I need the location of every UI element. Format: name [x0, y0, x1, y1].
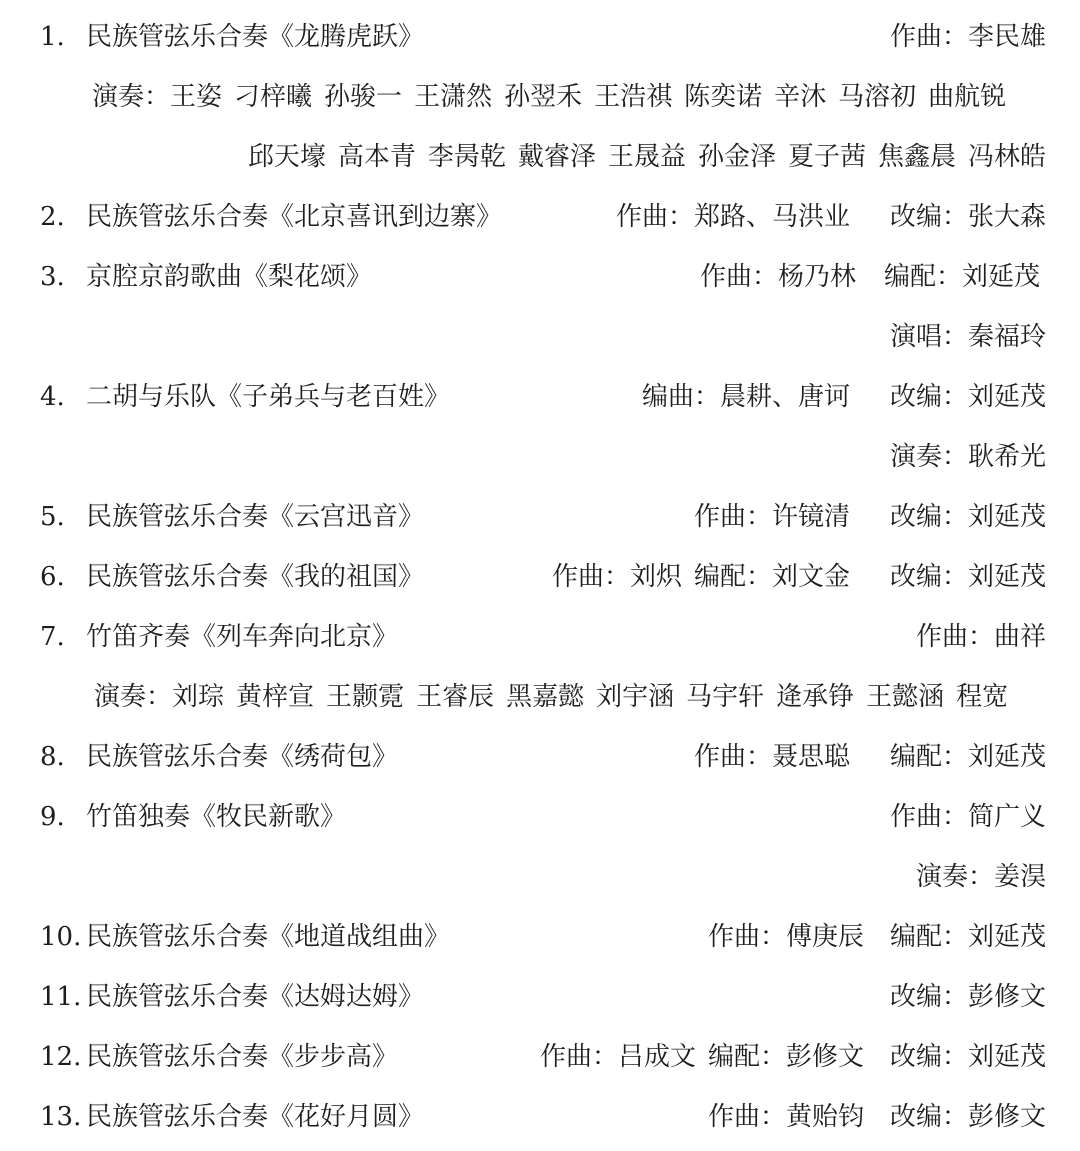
- item-number: 2.: [40, 197, 65, 237]
- item-number: 1.: [40, 17, 65, 57]
- performer: 刘宇涵: [596, 682, 674, 712]
- item-title: 民族管弦乐合奏《云宫迅音》: [86, 497, 424, 537]
- performers-label: 演奏：: [94, 682, 172, 712]
- credit-arranger: 编配：刘延茂: [890, 737, 1046, 777]
- performer: 孙翌禾: [504, 82, 582, 112]
- program-item-9-extra: 演奏：姜淏: [0, 857, 1080, 897]
- credit-performer: 演奏：姜淏: [916, 857, 1046, 897]
- item-number: 11.: [40, 977, 81, 1017]
- performer: 王晟益: [608, 142, 686, 172]
- item-credits: 作曲：李民雄: [890, 17, 1046, 57]
- item-number: 12.: [40, 1037, 81, 1077]
- performer: 刁梓曦: [234, 82, 312, 112]
- item-credits: 作曲：简广义: [890, 797, 1046, 837]
- performer: 王浩祺: [594, 82, 672, 112]
- performer: 逄承铮: [776, 682, 854, 712]
- credit-composer: 作曲：吕成文: [540, 1037, 696, 1077]
- item-credits: 改编：彭修文: [890, 977, 1046, 1017]
- credit-arranger: 编配：刘文金: [694, 557, 850, 597]
- performers-line: 演奏：刘琮黄梓宣王颢霓王睿辰黑嘉懿刘宇涵马宇轩逄承铮王懿涵程宽: [0, 677, 1080, 717]
- item-credits: 演奏：姜淏: [916, 857, 1046, 897]
- credit-composer: 作曲：杨乃林: [700, 257, 856, 297]
- performer: 冯林皓: [968, 142, 1046, 172]
- performers-list: 邱天壕高本青李昺乾戴睿泽王晟益孙金泽夏子茜焦鑫晨冯林皓: [248, 137, 1046, 177]
- item-number: 8.: [40, 737, 65, 777]
- credit-adapter: 改编：刘延茂: [890, 557, 1046, 597]
- performer: 邱天壕: [248, 142, 326, 172]
- item-number: 5.: [40, 497, 65, 537]
- performer: 王姿: [170, 82, 222, 112]
- item-number: 7.: [40, 617, 65, 657]
- credit-composer: 作曲：简广义: [890, 797, 1046, 837]
- item-title: 民族管弦乐合奏《花好月圆》: [86, 1097, 424, 1137]
- performers-list: 演奏：刘琮黄梓宣王颢霓王睿辰黑嘉懿刘宇涵马宇轩逄承铮王懿涵程宽: [94, 677, 1008, 717]
- credit-performer: 演奏：耿希光: [890, 437, 1046, 477]
- credit-arranger: 编配：刘延茂: [884, 257, 1040, 297]
- item-credits: 编曲：晨耕、唐诃改编：刘延茂: [642, 377, 1046, 417]
- performer: 王颢霓: [326, 682, 404, 712]
- credit-composer: 作曲：黄贻钧: [708, 1097, 864, 1137]
- program-item-8: 8. 民族管弦乐合奏《绣荷包》 作曲：聂思聪编配：刘延茂: [0, 737, 1080, 777]
- performers-label: 演奏：: [92, 82, 170, 112]
- item-credits: 作曲：郑路、马洪业改编：张大森: [616, 197, 1046, 237]
- program-item-2: 2. 民族管弦乐合奏《北京喜讯到边寨》 作曲：郑路、马洪业改编：张大森: [0, 197, 1080, 237]
- performer: 夏子茜: [788, 142, 866, 172]
- performer: 马溶初: [838, 82, 916, 112]
- item-number: 10.: [40, 917, 81, 957]
- credit-adapter: 改编：刘延茂: [890, 377, 1046, 417]
- credit-vocalist: 演唱：秦福玲: [890, 317, 1046, 357]
- performer: 焦鑫晨: [878, 142, 956, 172]
- item-credits: 演奏：耿希光: [890, 437, 1046, 477]
- performer: 孙金泽: [698, 142, 776, 172]
- credit-composer: 作曲：刘炽: [552, 557, 682, 597]
- item-credits: 作曲：刘炽编配：刘文金改编：刘延茂: [552, 557, 1046, 597]
- credit-composer: 作曲：曲祥: [916, 617, 1046, 657]
- item-number: 13.: [40, 1097, 81, 1137]
- program-item-10: 10. 民族管弦乐合奏《地道战组曲》 作曲：傅庚辰编配：刘延茂: [0, 917, 1080, 957]
- performers-list: 演奏：王姿刁梓曦孙骏一王潇然孙翌禾王浩祺陈奕诺辛沐马溶初曲航锐: [92, 77, 1006, 117]
- credit-arranger: 编配：刘延茂: [890, 917, 1046, 957]
- item-title: 二胡与乐队《子弟兵与老百姓》: [86, 377, 450, 417]
- performer: 刘琮: [172, 682, 224, 712]
- item-credits: 演唱：秦福玲: [890, 317, 1046, 357]
- performer: 程宽: [956, 682, 1008, 712]
- credit-composer: 作曲：聂思聪: [694, 737, 850, 777]
- item-number: 4.: [40, 377, 65, 417]
- item-credits: 作曲：许镜清改编：刘延茂: [694, 497, 1046, 537]
- performer: 王懿涵: [866, 682, 944, 712]
- program-item-6: 6. 民族管弦乐合奏《我的祖国》 作曲：刘炽编配：刘文金改编：刘延茂: [0, 557, 1080, 597]
- item-number: 3.: [40, 257, 65, 297]
- program-item-3-extra: 演唱：秦福玲: [0, 317, 1080, 357]
- program-item-3: 3. 京腔京韵歌曲《梨花颂》 作曲：杨乃林编配：刘延茂: [0, 257, 1080, 297]
- item-credits: 作曲：吕成文编配：彭修文改编：刘延茂: [540, 1037, 1046, 1077]
- item-number: 6.: [40, 557, 65, 597]
- performer: 戴睿泽: [518, 142, 596, 172]
- program-item-4: 4. 二胡与乐队《子弟兵与老百姓》 编曲：晨耕、唐诃改编：刘延茂: [0, 377, 1080, 417]
- credit-composer: 作曲：许镜清: [694, 497, 850, 537]
- program-item-13: 13. 民族管弦乐合奏《花好月圆》 作曲：黄贻钧改编：彭修文: [0, 1097, 1080, 1137]
- program-item-9: 9. 竹笛独奏《牧民新歌》 作曲：简广义: [0, 797, 1080, 837]
- program-item-1: 1. 民族管弦乐合奏《龙腾虎跃》 作曲：李民雄: [0, 17, 1080, 57]
- credit-adapter: 改编：彭修文: [890, 977, 1046, 1017]
- credit-adapter: 改编：张大森: [890, 197, 1046, 237]
- performer: 王睿辰: [416, 682, 494, 712]
- item-title: 民族管弦乐合奏《北京喜讯到边寨》: [86, 197, 502, 237]
- credit-adapter: 改编：彭修文: [890, 1097, 1046, 1137]
- performer: 王潇然: [414, 82, 492, 112]
- credit-composer: 作曲：傅庚辰: [708, 917, 864, 957]
- item-credits: 作曲：杨乃林编配：刘延茂: [700, 257, 1040, 297]
- performer: 李昺乾: [428, 142, 506, 172]
- credit-composer: 作曲：李民雄: [890, 17, 1046, 57]
- performers-line: 演奏：王姿刁梓曦孙骏一王潇然孙翌禾王浩祺陈奕诺辛沐马溶初曲航锐: [0, 77, 1080, 117]
- item-title: 民族管弦乐合奏《龙腾虎跃》: [86, 17, 424, 57]
- item-title: 民族管弦乐合奏《达姆达姆》: [86, 977, 424, 1017]
- item-credits: 作曲：傅庚辰编配：刘延茂: [708, 917, 1046, 957]
- performer: 高本青: [338, 142, 416, 172]
- item-number: 9.: [40, 797, 65, 837]
- credit-composer: 作曲：郑路、马洪业: [616, 197, 850, 237]
- program-item-5: 5. 民族管弦乐合奏《云宫迅音》 作曲：许镜清改编：刘延茂: [0, 497, 1080, 537]
- item-title: 民族管弦乐合奏《我的祖国》: [86, 557, 424, 597]
- program-item-7: 7. 竹笛齐奏《列车奔向北京》 作曲：曲祥: [0, 617, 1080, 657]
- item-title: 民族管弦乐合奏《地道战组曲》: [86, 917, 450, 957]
- performer: 黑嘉懿: [506, 682, 584, 712]
- item-title: 民族管弦乐合奏《步步高》: [86, 1037, 398, 1077]
- credit-adapter: 改编：刘延茂: [890, 1037, 1046, 1077]
- credit-composer: 编曲：晨耕、唐诃: [642, 377, 850, 417]
- performers-line: 邱天壕高本青李昺乾戴睿泽王晟益孙金泽夏子茜焦鑫晨冯林皓: [0, 137, 1080, 177]
- credit-adapter: 改编：刘延茂: [890, 497, 1046, 537]
- performer: 曲航锐: [928, 82, 1006, 112]
- item-credits: 作曲：曲祥: [916, 617, 1046, 657]
- credit-arranger: 编配：彭修文: [708, 1037, 864, 1077]
- performer: 辛沐: [774, 82, 826, 112]
- item-title: 京腔京韵歌曲《梨花颂》: [86, 257, 372, 297]
- program-item-12: 12. 民族管弦乐合奏《步步高》 作曲：吕成文编配：彭修文改编：刘延茂: [0, 1037, 1080, 1077]
- performer: 马宇轩: [686, 682, 764, 712]
- performer: 孙骏一: [324, 82, 402, 112]
- item-title: 竹笛齐奏《列车奔向北京》: [86, 617, 398, 657]
- item-title: 民族管弦乐合奏《绣荷包》: [86, 737, 398, 777]
- performer: 陈奕诺: [684, 82, 762, 112]
- program-item-11: 11. 民族管弦乐合奏《达姆达姆》 改编：彭修文: [0, 977, 1080, 1017]
- item-credits: 作曲：黄贻钧改编：彭修文: [708, 1097, 1046, 1137]
- item-title: 竹笛独奏《牧民新歌》: [86, 797, 346, 837]
- item-credits: 作曲：聂思聪编配：刘延茂: [694, 737, 1046, 777]
- program-item-4-extra: 演奏：耿希光: [0, 437, 1080, 477]
- performer: 黄梓宣: [236, 682, 314, 712]
